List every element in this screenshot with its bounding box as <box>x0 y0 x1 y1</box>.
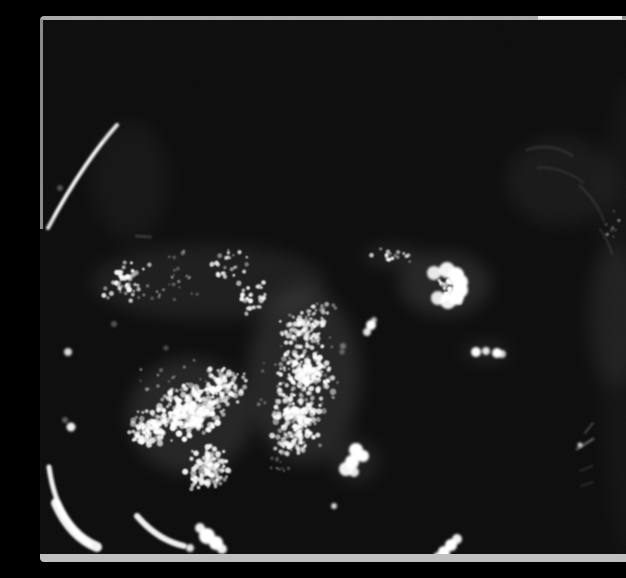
scan-photo-frame <box>40 16 626 562</box>
film-grain-overlay <box>40 16 626 562</box>
scan-image <box>40 16 626 562</box>
